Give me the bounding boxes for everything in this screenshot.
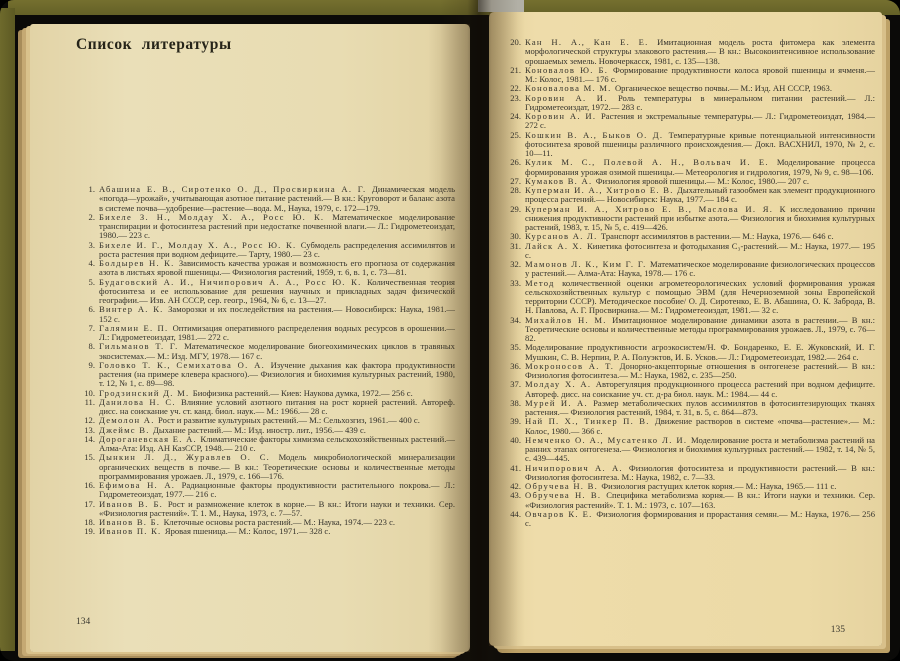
reference-item: 19.Иванов П. К. Яровая пшеница.— М.: Кол… (75, 527, 455, 536)
reference-number: 28. (498, 186, 525, 205)
reference-number: 7. (75, 324, 99, 343)
reference-text: Дороганевская Е. А. Климатические фактор… (99, 435, 455, 454)
reference-number: 44. (498, 510, 525, 529)
reference-author: Иванов П. К. (99, 526, 165, 536)
reference-author: Иванов В. Б. (99, 499, 168, 509)
reference-author: Метод (525, 278, 562, 288)
page-title: Список литературы (76, 36, 232, 54)
reference-number: 29. (498, 205, 525, 233)
reference-text: Мокроносов А. Т. Донорно-акцепторные отн… (525, 362, 875, 381)
reference-item: 21.Коновалов Ю. Б. Формирование продукти… (498, 66, 875, 85)
reference-author: Абашина Е. В., Сиротенко О. Д., Просвирк… (99, 184, 372, 194)
reference-text: Будаговский А. И., Ничипорович А. А., Ро… (99, 278, 455, 306)
reference-number: 3. (75, 241, 99, 260)
reference-number: 34. (498, 316, 525, 344)
reference-number: 14. (75, 435, 99, 454)
reference-text: Болдырев Н. К. Зависимость качества урож… (99, 259, 455, 278)
reference-text: Ефимова Н. А. Радиационные факторы проду… (99, 481, 455, 500)
reference-author: Куперман И. А., Хитрово Е. В. (525, 185, 677, 195)
reference-number: 37. (498, 380, 525, 399)
reference-item: 1.Абашина Е. В., Сиротенко О. Д., Просви… (75, 185, 455, 213)
reference-text: Винтер А. К. Заморозки и их последействи… (99, 305, 455, 324)
reference-item: 9.Головко Т. К., Семихатова О. А. Изучен… (75, 361, 455, 389)
reference-item: 44.Овчаров К. Е. Физиология формирования… (498, 510, 875, 529)
reference-author: Обручева Н. В. (525, 490, 606, 500)
reference-text: Данилова Н. С. Влияние условий азотного … (99, 398, 455, 417)
reference-number: 11. (75, 398, 99, 417)
reference-text: Куперман И. А., Хитрово Е. В. Дыхательны… (525, 186, 875, 205)
reference-number: 16. (75, 481, 99, 500)
reference-author: Кулик М. С., Полевой А. Н., Вольвач И. Е… (525, 157, 777, 167)
reference-text: Кан Н. А., Кан Е. Е. Имитационная модель… (525, 38, 875, 66)
reference-text: Абашина Е. В., Сиротенко О. Д., Просвирк… (99, 185, 455, 213)
reference-author: Мурей И. А. (525, 398, 593, 408)
reference-item: 37.Молдау Х. А. Авторегуляция продукцион… (498, 380, 875, 399)
reference-text: Най П. Х., Тинкер П. В. Движение раствор… (525, 417, 875, 436)
reference-text: Кулик М. С., Полевой А. Н., Вольвач И. Е… (525, 158, 875, 177)
reference-number: 6. (75, 305, 99, 324)
reference-number: 26. (498, 158, 525, 177)
reference-author: Дынкин Л. Д., Журавлев О. С. (99, 452, 279, 462)
reference-author: Овчаров К. Е. (525, 509, 596, 519)
reference-text: Куперман И. А., Хитрово Е. В., Маслова И… (525, 205, 875, 233)
reference-item: 32.Мамонов Л. К., Ким Г. Г. Математическ… (498, 260, 875, 279)
reference-item: 36.Мокроносов А. Т. Донорно-акцепторные … (498, 362, 875, 381)
reference-item: 17.Иванов В. Б. Рост и размножение клето… (75, 500, 455, 519)
reference-number: 25. (498, 131, 525, 159)
reference-number: 4. (75, 259, 99, 278)
reference-author: Головко Т. К., Семихатова О. А. (99, 360, 271, 370)
reference-number: 20. (498, 38, 525, 66)
reference-item: 33.Метод количественной оценки агрометео… (498, 279, 875, 316)
reference-item: 15.Дынкин Л. Д., Журавлев О. С. Модель м… (75, 453, 455, 481)
reference-item: 11.Данилова Н. С. Влияние условий азотно… (75, 398, 455, 417)
reference-text: Овчаров К. Е. Физиология формирования и … (525, 510, 875, 529)
reference-text: Лайск А. Х. Кинетика фотосинтеза и фотод… (525, 242, 875, 261)
reference-author: Гильманов Т. Г. (99, 341, 184, 351)
reference-number: 23. (498, 94, 525, 113)
reference-item: 4.Болдырев Н. К. Зависимость качества ур… (75, 259, 455, 278)
page-right: 20.Кан Н. А., Кан Е. Е. Имитационная мод… (489, 12, 882, 646)
reference-number: 17. (75, 500, 99, 519)
reference-item: 38.Мурей И. А. Размер метаболических пул… (498, 399, 875, 418)
reference-author: Лайск А. Х. (525, 241, 587, 251)
reference-text: Иванов В. Б. Рост и размножение клеток в… (99, 500, 455, 519)
reference-number: 5. (75, 278, 99, 306)
reference-author: Данилова Н. С. (99, 397, 181, 407)
reference-text: Мамонов Л. К., Ким Г. Г. Математическое … (525, 260, 875, 279)
reference-author: Кан Н. А., Кан Е. Е. (525, 37, 657, 47)
reference-author: Ефимова Н. А. (99, 480, 182, 490)
reference-number: 1. (75, 185, 99, 213)
reference-item: 20.Кан Н. А., Кан Е. Е. Имитационная мод… (498, 38, 875, 66)
reference-item: 8.Гильманов Т. Г. Математическое моделир… (75, 342, 455, 361)
reference-text: Коровин А. И. Растения и экстремальные т… (525, 112, 875, 131)
reference-number: 36. (498, 362, 525, 381)
book-spread-photo: Список литературы 1.Абашина Е. В., Сирот… (0, 0, 900, 661)
references-list-right: 20.Кан Н. А., Кан Е. Е. Имитационная мод… (498, 38, 875, 528)
reference-item: 5.Будаговский А. И., Ничипорович А. А., … (75, 278, 455, 306)
page-number-right: 135 (831, 625, 845, 635)
reference-text: Михайлов Н. М. Имитационное моделировани… (525, 316, 875, 344)
reference-text: Головко Т. К., Семихатова О. А. Изучение… (99, 361, 455, 389)
reference-number: 9. (75, 361, 99, 389)
reference-text: Галямин Е. П. Оптимизация оперативного р… (99, 324, 455, 343)
reference-number: 40. (498, 436, 525, 464)
reference-text: Моделирование продуктивности агроэкосист… (525, 343, 875, 362)
reference-author: Бихеле И. Г., Молдау Х. А., Росс Ю. К. (99, 240, 301, 250)
reference-author: Най П. Х., Тинкер П. В. (525, 416, 655, 426)
reference-number: 2. (75, 213, 99, 241)
reference-author: Мамонов Л. К., Ким Г. Г. (525, 259, 650, 269)
reference-text: Немченко О. А., Мусатенко Л. И. Моделиро… (525, 436, 875, 464)
reference-item: 3.Бихеле И. Г., Молдау Х. А., Росс Ю. К.… (75, 241, 455, 260)
reference-text: Обручева Н. В. Специфика метаболизма кор… (525, 491, 875, 510)
reference-author: Будаговский А. И., Ничипорович А. А., Ро… (99, 277, 367, 287)
page-number-left: 134 (76, 617, 90, 627)
reference-item: 7.Галямин Е. П. Оптимизация оперативного… (75, 324, 455, 343)
reference-author: Куперман И. А., Хитрово Е. В., Маслова И… (525, 204, 780, 214)
reference-number: 31. (498, 242, 525, 261)
reference-text: Кошкин В. А., Быков О. Д. Температурные … (525, 131, 875, 159)
reference-text: Мурей И. А. Размер метаболических пулов … (525, 399, 875, 418)
reference-author: Бихеле З. Н., Молдау Х. А., Росс Ю. К. (99, 212, 332, 222)
reference-text: Метод количественной оценки агрометеорол… (525, 279, 875, 316)
reference-number: 19. (75, 527, 99, 536)
reference-author: Болдырев Н. К. (99, 258, 179, 268)
reference-author: Молдау Х. А. (525, 379, 596, 389)
reference-author: Коновалов Ю. Б. (525, 65, 613, 75)
reference-author: Мокроносов А. Т. (525, 361, 620, 371)
reference-text: Бихеле З. Н., Молдау Х. А., Росс Ю. К. М… (99, 213, 455, 241)
reference-number: 43. (498, 491, 525, 510)
reference-item: 35.Моделирование продуктивности агроэкос… (498, 343, 875, 362)
reference-item: 24.Коровин А. И. Растения и экстремальны… (498, 112, 875, 131)
reference-author: Немченко О. А., Мусатенко Л. И. (525, 435, 691, 445)
reference-text: Коровин А. И. Роль температуры в минерал… (525, 94, 875, 113)
reference-number: 35. (498, 343, 525, 362)
references-list-left: 1.Абашина Е. В., Сиротенко О. Д., Просви… (75, 185, 455, 537)
reference-text: Ничипорович А. А. Физиология фотосинтеза… (525, 464, 875, 483)
reference-item: 29.Куперман И. А., Хитрово Е. В., Маслов… (498, 205, 875, 233)
reference-text: Молдау Х. А. Авторегуляция продукционног… (525, 380, 875, 399)
reference-author: Винтер А. К. (99, 304, 168, 314)
reference-number: 38. (498, 399, 525, 418)
reference-number: 15. (75, 453, 99, 481)
reference-text: Бихеле И. Г., Молдау Х. А., Росс Ю. К. С… (99, 241, 455, 260)
reference-item: 43.Обручева Н. В. Специфика метаболизма … (498, 491, 875, 510)
reference-item: 6.Винтер А. К. Заморозки и их последейст… (75, 305, 455, 324)
reference-text: Коновалов Ю. Б. Формирование продуктивно… (525, 66, 875, 85)
reference-item: 40.Немченко О. А., Мусатенко Л. И. Модел… (498, 436, 875, 464)
reference-author: Коровин А. И. (525, 111, 601, 121)
reference-item: 31.Лайск А. Х. Кинетика фотосинтеза и фо… (498, 242, 875, 261)
page-left: Список литературы 1.Абашина Е. В., Сирот… (30, 24, 470, 652)
reference-item: 14.Дороганевская Е. А. Климатические фак… (75, 435, 455, 454)
reference-number: 33. (498, 279, 525, 316)
reference-number: 41. (498, 464, 525, 483)
reference-item: 41.Ничипорович А. А. Физиология фотосинт… (498, 464, 875, 483)
book-cover-left-edge (0, 8, 15, 651)
reference-item: 26.Кулик М. С., Полевой А. Н., Вольвач И… (498, 158, 875, 177)
reference-item: 39.Най П. Х., Тинкер П. В. Движение раст… (498, 417, 875, 436)
reference-number: 39. (498, 417, 525, 436)
background-object (478, 0, 524, 12)
reference-author: Коровин А. И. (525, 93, 618, 103)
reference-item: 2.Бихеле З. Н., Молдау Х. А., Росс Ю. К.… (75, 213, 455, 241)
reference-number: 24. (498, 112, 525, 131)
reference-text: Дынкин Л. Д., Журавлев О. С. Модель микр… (99, 453, 455, 481)
reference-item: 28.Куперман И. А., Хитрово Е. В. Дыхател… (498, 186, 875, 205)
reference-text: Иванов П. К. Яровая пшеница.— М.: Колос,… (99, 527, 455, 536)
reference-item: 34.Михайлов Н. М. Имитационное моделиров… (498, 316, 875, 344)
reference-number: 8. (75, 342, 99, 361)
reference-author: Дороганевская Е. А. (99, 434, 200, 444)
reference-author: Ничипорович А. А. (525, 463, 629, 473)
reference-number: 21. (498, 66, 525, 85)
reference-item: 25.Кошкин В. А., Быков О. Д. Температурн… (498, 131, 875, 159)
reference-text: Гильманов Т. Г. Математическое моделиров… (99, 342, 455, 361)
reference-author: Кошкин В. А., Быков О. Д. (525, 130, 669, 140)
reference-number: 32. (498, 260, 525, 279)
reference-item: 23.Коровин А. И. Роль температуры в мине… (498, 94, 875, 113)
reference-item: 16.Ефимова Н. А. Радиационные факторы пр… (75, 481, 455, 500)
reference-author: Галямин Е. П. (99, 323, 173, 333)
reference-author: Михайлов Н. М. (525, 315, 612, 325)
